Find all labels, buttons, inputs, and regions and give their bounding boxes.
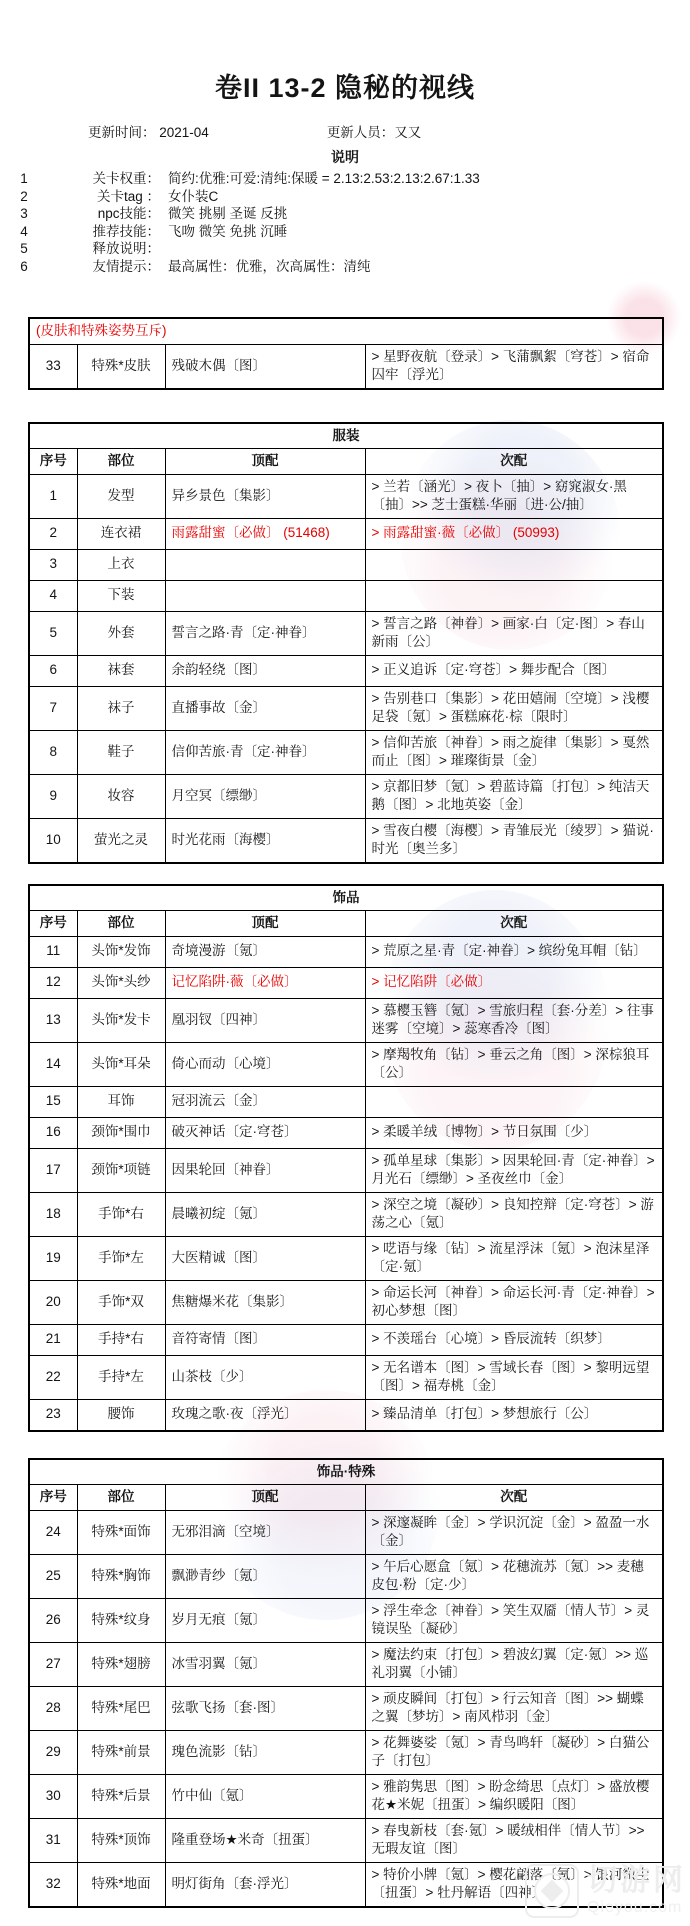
row-number: 29: [29, 1730, 77, 1774]
row-number: 2: [29, 518, 77, 549]
table-row: 17颈饰*项链因果轮回〔神眷〕> 孤单星球〔集影〕> 因果轮回·青〔定·神眷〕>…: [29, 1148, 663, 1192]
meta-line: 更新时间： 2021-04 更新人员：又又: [88, 121, 690, 141]
row-top-config: 隆重登场★米奇〔扭蛋〕: [165, 1818, 365, 1862]
row-number: 27: [29, 1642, 77, 1686]
row-next-config: > 雪夜白樱〔海樱〕> 青雏辰光〔绫罗〕> 猫说·时光〔奥兰多〕: [365, 818, 663, 863]
row-number: 7: [29, 686, 77, 730]
table-row: 6袜套余韵轻绕〔图〕> 正义追诉〔定·穹苍〕> 舞步配合〔图〕: [29, 655, 663, 686]
table-row: 23腰饰玫瑰之歌·夜〔浮光〕> 臻品清单〔打包〕> 梦想旅行〔公〕: [29, 1399, 663, 1431]
row-part: 袜子: [77, 686, 165, 730]
clothing-table-section: 服装序号部位顶配次配1发型异乡景色〔集影〕> 兰若〔涵光〕> 夜卜〔抽〕> 窈窕…: [28, 422, 664, 864]
row-number: 11: [29, 936, 77, 967]
row-next-config: > 魔法约束〔打包〕> 碧波幻翼〔定·氪〕>> 巡礼羽翼〔小铺〕: [365, 1642, 663, 1686]
row-next-config: > 告别巷口〔集影〕> 花田嬉闹〔空境〕> 浅樱足袋〔氪〕> 蛋糕麻花·棕〔限时…: [365, 686, 663, 730]
row-part: 特殊*前景: [77, 1730, 165, 1774]
table-row: 33特殊*皮肤残破木偶〔图〕> 星野夜航〔登录〕> 飞蒲飘絮〔穹苍〕> 宿命囚牢…: [29, 344, 663, 389]
note-label: 友情提示：: [48, 258, 160, 276]
row-number: 26: [29, 1598, 77, 1642]
row-next-config: > 不羡瑶台〔心境〕> 昏辰流转〔织梦〕: [365, 1324, 663, 1355]
table-header-row: 序号部位顶配次配: [29, 1485, 663, 1511]
note-item: 2 关卡tag ： 女仆装C: [0, 188, 690, 206]
row-next-config: > 星野夜航〔登录〕> 飞蒲飘絮〔穹苍〕> 宿命囚牢〔浮光〕: [365, 344, 663, 389]
table-row: 28特殊*尾巴弦歌飞扬〔套·图〕> 顽皮瞬间〔打包〕> 行云知音〔图〕>> 蝴蝶…: [29, 1686, 663, 1730]
row-next-config: > 雅韵隽思〔图〕> 盼念绮思〔点灯〕> 盛放樱花★米妮〔扭蛋〕> 编织暖阳〔图…: [365, 1774, 663, 1818]
row-part: 特殊*翅膀: [77, 1642, 165, 1686]
row-top-config: 瑰色流影〔钻〕: [165, 1730, 365, 1774]
row-top-config: 弦歌飞扬〔套·图〕: [165, 1686, 365, 1730]
row-top-config: 月空冥〔缥缈〕: [165, 774, 365, 818]
row-next-config: > 京都旧梦〔氪〕> 碧蓝诗篇〔打包〕> 纯洁天鹅〔图〕> 北地英姿〔金〕: [365, 774, 663, 818]
note-item: 5 释放说明：: [0, 240, 690, 258]
note-label: 关卡tag ：: [48, 188, 160, 206]
row-top-config: 因果轮回〔神眷〕: [165, 1148, 365, 1192]
note-number: 5: [0, 240, 48, 258]
table-skin: (皮肤和特殊姿势互斥)33特殊*皮肤残破木偶〔图〕> 星野夜航〔登录〕> 飞蒲飘…: [28, 317, 664, 390]
row-next-config: > 深空之境〔凝砂〕> 良知控辩〔定·穹苍〕> 游荡之心〔氪〕: [365, 1192, 663, 1236]
note-item: 3 npc技能： 微笑 挑剔 圣诞 反挑: [0, 205, 690, 223]
row-top-config: 竹中仙〔氪〕: [165, 1774, 365, 1818]
row-next-config: [365, 549, 663, 580]
table-row: 12头饰*头纱记忆陷阱·薇〔必做〕> 记忆陷阱〔必做〕: [29, 967, 663, 998]
update-time-label: 更新时间：: [88, 125, 156, 140]
table-row: 4下装: [29, 580, 663, 611]
accessories-table-section: 饰品序号部位顶配次配11头饰*发饰奇境漫游〔氪〕> 荒原之星·青〔定·神眷〕> …: [28, 884, 664, 1432]
row-part: 手饰*双: [77, 1280, 165, 1324]
note-value: 飞吻 微笑 免挑 沉睡: [168, 223, 287, 241]
row-part: 萤光之灵: [77, 818, 165, 863]
row-number: 17: [29, 1148, 77, 1192]
row-top-config: 时光花雨〔海樱〕: [165, 818, 365, 863]
row-part: 颈饰*围巾: [77, 1117, 165, 1148]
row-number: 21: [29, 1324, 77, 1355]
notes-heading: 说明: [0, 147, 690, 167]
note-label: 关卡权重：: [48, 170, 160, 188]
column-header: 次配: [365, 911, 663, 937]
row-next-config: > 正义追诉〔定·穹苍〕> 舞步配合〔图〕: [365, 655, 663, 686]
row-number: 13: [29, 998, 77, 1042]
table-accessories-special: 饰品·特殊序号部位顶配次配24特殊*面饰无邪泪滴〔空境〕> 深邃凝眸〔金〕> 学…: [28, 1458, 664, 1908]
column-header: 部位: [77, 1485, 165, 1511]
row-number: 33: [29, 344, 77, 389]
watermark-site-name: 切游网: [587, 1866, 686, 1896]
table-row: 13头饰*发卡凰羽钗〔四神〕> 慕樱玉簪〔氪〕> 雪旅归程〔套·分差〕> 往事迷…: [29, 998, 663, 1042]
table-row: 24特殊*面饰无邪泪滴〔空境〕> 深邃凝眸〔金〕> 学识沉淀〔金〕> 盈盈一水〔…: [29, 1510, 663, 1554]
column-header: 部位: [77, 911, 165, 937]
row-top-config: 明灯街角〔套·浮光〕: [165, 1862, 365, 1907]
row-part: 发型: [77, 474, 165, 518]
row-number: 20: [29, 1280, 77, 1324]
row-top-config: 山茶枝〔少〕: [165, 1355, 365, 1399]
table-row: 19手饰*左大医精诚〔图〕> 呓语与缘〔钻〕> 流星浮沫〔氪〕> 泡沫星泽〔定·…: [29, 1236, 663, 1280]
table-row: 2连衣裙雨露甜蜜〔必做〕 (51468)> 雨露甜蜜·薇〔必做〕 (50993): [29, 518, 663, 549]
table-title: 饰品: [29, 885, 663, 911]
row-part: 妆容: [77, 774, 165, 818]
row-number: 28: [29, 1686, 77, 1730]
row-next-config: > 柔暖羊绒〔博物〕> 节日氛围〔少〕: [365, 1117, 663, 1148]
row-part: 手饰*右: [77, 1192, 165, 1236]
row-top-config: 残破木偶〔图〕: [165, 344, 365, 389]
note-value: 最高属性：优雅，次高属性：清纯: [168, 258, 371, 276]
row-number: 9: [29, 774, 77, 818]
row-number: 19: [29, 1236, 77, 1280]
row-number: 30: [29, 1774, 77, 1818]
row-top-config: 异乡景色〔集影〕: [165, 474, 365, 518]
qieyou-logo-icon: [525, 1864, 579, 1918]
column-header: 序号: [29, 911, 77, 937]
note-number: 4: [0, 223, 48, 241]
row-part: 下装: [77, 580, 165, 611]
update-time: 更新时间： 2021-04: [88, 121, 209, 141]
row-part: 耳饰: [77, 1086, 165, 1117]
table-title-row: 服装: [29, 423, 663, 449]
row-part: 上衣: [77, 549, 165, 580]
row-next-config: > 孤单星球〔集影〕> 因果轮回·青〔定·神眷〕> 月光石〔缥缈〕> 圣夜丝巾〔…: [365, 1148, 663, 1192]
row-number: 14: [29, 1042, 77, 1086]
row-number: 22: [29, 1355, 77, 1399]
row-next-config: > 摩羯牧角〔钻〕> 垂云之角〔图〕> 深棕狼耳〔公〕: [365, 1042, 663, 1086]
row-next-config: > 顽皮瞬间〔打包〕> 行云知音〔图〕>> 蝴蝶之翼〔梦坊〕> 南风栉羽〔金〕: [365, 1686, 663, 1730]
row-top-config: [165, 580, 365, 611]
table-header-row: 序号部位顶配次配: [29, 911, 663, 937]
row-top-config: 飘渺青纱〔氪〕: [165, 1554, 365, 1598]
note-item: 1 关卡权重： 简约:优雅:可爱:清纯:保暖 = 2.13:2.53:2.13:…: [0, 170, 690, 188]
row-number: 25: [29, 1554, 77, 1598]
note-value: 微笑 挑剔 圣诞 反挑: [168, 205, 287, 223]
row-part: 特殊*尾巴: [77, 1686, 165, 1730]
row-top-config: 岁月无痕〔氪〕: [165, 1598, 365, 1642]
row-next-config: > 信仰苦旅〔神眷〕> 雨之旋律〔集影〕> 戛然而止〔图〕> 璀璨街景〔金〕: [365, 730, 663, 774]
note-value: 女仆装C: [168, 188, 218, 206]
row-number: 24: [29, 1510, 77, 1554]
row-part: 鞋子: [77, 730, 165, 774]
row-part: 特殊*皮肤: [77, 344, 165, 389]
table-row: 7袜子直播事故〔金〕> 告别巷口〔集影〕> 花田嬉闹〔空境〕> 浅樱足袋〔氪〕>…: [29, 686, 663, 730]
column-header: 序号: [29, 449, 77, 475]
note-number: 6: [0, 258, 48, 276]
table-clothing: 服装序号部位顶配次配1发型异乡景色〔集影〕> 兰若〔涵光〕> 夜卜〔抽〕> 窈窕…: [28, 422, 664, 864]
row-number: 3: [29, 549, 77, 580]
updater-label: 更新人员：: [327, 125, 395, 140]
row-next-config: > 誓言之路〔神眷〕> 画家·白〔定·图〕> 春山新雨〔公〕: [365, 611, 663, 655]
row-top-config: 奇境漫游〔氪〕: [165, 936, 365, 967]
row-part: 特殊*地面: [77, 1862, 165, 1907]
table-row: 15耳饰冠羽流云〔金〕: [29, 1086, 663, 1117]
table-title: 服装: [29, 423, 663, 449]
row-part: 腰饰: [77, 1399, 165, 1431]
row-number: 12: [29, 967, 77, 998]
row-next-config: [365, 1086, 663, 1117]
row-number: 5: [29, 611, 77, 655]
column-header: 顶配: [165, 911, 365, 937]
table-row: 16颈饰*围巾破灭神话〔定·穹苍〕> 柔暖羊绒〔博物〕> 节日氛围〔少〕: [29, 1117, 663, 1148]
table-title-row: 饰品·特殊: [29, 1459, 663, 1485]
row-number: 15: [29, 1086, 77, 1117]
table-header-row: 序号部位顶配次配: [29, 449, 663, 475]
row-next-config: > 命运长河〔神眷〕> 命运长河·青〔定·神眷〕> 初心梦想〔图〕: [365, 1280, 663, 1324]
row-part: 头饰*发饰: [77, 936, 165, 967]
row-next-config: > 臻品清单〔打包〕> 梦想旅行〔公〕: [365, 1399, 663, 1431]
row-number: 6: [29, 655, 77, 686]
note-number: 3: [0, 205, 48, 223]
column-header: 次配: [365, 1485, 663, 1511]
column-header: 顶配: [165, 449, 365, 475]
table-row: 11头饰*发饰奇境漫游〔氪〕> 荒原之星·青〔定·神眷〕> 缤纷兔耳帽〔钻〕: [29, 936, 663, 967]
row-number: 31: [29, 1818, 77, 1862]
exclusion-note: (皮肤和特殊姿势互斥): [29, 318, 663, 344]
row-next-config: > 慕樱玉簪〔氪〕> 雪旅归程〔套·分差〕> 往事迷雾〔空境〕> 蕊寒香冷〔图〕: [365, 998, 663, 1042]
column-header: 顶配: [165, 1485, 365, 1511]
row-top-config: 焦糖爆米花〔集影〕: [165, 1280, 365, 1324]
table-row: 27特殊*翅膀冰雪羽翼〔氪〕> 魔法约束〔打包〕> 碧波幻翼〔定·氪〕>> 巡礼…: [29, 1642, 663, 1686]
row-number: 10: [29, 818, 77, 863]
watermark-site-domain: Qieyou.com: [587, 1900, 686, 1916]
guide-page: 卷II 13-2 隐秘的视线 更新时间： 2021-04 更新人员：又又 说明 …: [0, 0, 690, 1926]
updater-value: 又又: [394, 125, 421, 140]
row-number: 1: [29, 474, 77, 518]
row-part: 外套: [77, 611, 165, 655]
note-label: 释放说明：: [48, 240, 160, 258]
row-number: 4: [29, 580, 77, 611]
row-next-config: > 兰若〔涵光〕> 夜卜〔抽〕> 窈窕淑女·黑〔抽〕>> 芝士蛋糕·华丽〔进·公…: [365, 474, 663, 518]
row-part: 袜套: [77, 655, 165, 686]
row-next-config: > 雨露甜蜜·薇〔必做〕 (50993): [365, 518, 663, 549]
notes-list: 1 关卡权重： 简约:优雅:可爱:清纯:保暖 = 2.13:2.53:2.13:…: [0, 170, 690, 275]
row-top-config: 无邪泪滴〔空境〕: [165, 1510, 365, 1554]
table-row: 18手饰*右晨曦初绽〔氪〕> 深空之境〔凝砂〕> 良知控辩〔定·穹苍〕> 游荡之…: [29, 1192, 663, 1236]
row-number: 8: [29, 730, 77, 774]
row-number: 32: [29, 1862, 77, 1907]
row-top-config: 凰羽钗〔四神〕: [165, 998, 365, 1042]
note-label: 推荐技能：: [48, 223, 160, 241]
row-top-config: 冰雪羽翼〔氪〕: [165, 1642, 365, 1686]
column-header: 部位: [77, 449, 165, 475]
row-part: 特殊*后景: [77, 1774, 165, 1818]
update-time-value: 2021-04: [159, 125, 209, 140]
table-row: 9妆容月空冥〔缥缈〕> 京都旧梦〔氪〕> 碧蓝诗篇〔打包〕> 纯洁天鹅〔图〕> …: [29, 774, 663, 818]
note-number: 2: [0, 188, 48, 206]
note-item: 6 友情提示： 最高属性：优雅，次高属性：清纯: [0, 258, 690, 276]
row-next-config: > 午后心愿盒〔氪〕> 花穗流苏〔氪〕>> 麦穗皮包·粉〔定·少〕: [365, 1554, 663, 1598]
row-part: 特殊*顶饰: [77, 1818, 165, 1862]
row-top-config: 直播事故〔金〕: [165, 686, 365, 730]
row-part: 特殊*面饰: [77, 1510, 165, 1554]
row-top-config: [165, 549, 365, 580]
row-next-config: > 无名谱本〔图〕> 雪域长春〔图〕> 黎明远望〔图〕> 福寿桃〔金〕: [365, 1355, 663, 1399]
table-note-row: (皮肤和特殊姿势互斥): [29, 318, 663, 344]
row-number: 16: [29, 1117, 77, 1148]
row-next-config: [365, 580, 663, 611]
row-next-config: > 花舞婆娑〔氪〕> 青鸟鸣轩〔凝砂〕> 白猫公子〔打包〕: [365, 1730, 663, 1774]
table-accessories: 饰品序号部位顶配次配11头饰*发饰奇境漫游〔氪〕> 荒原之星·青〔定·神眷〕> …: [28, 884, 664, 1432]
table-row: 21手持*右音符寄情〔图〕> 不羡瑶台〔心境〕> 昏辰流转〔织梦〕: [29, 1324, 663, 1355]
table-row: 8鞋子信仰苦旅·青〔定·神眷〕> 信仰苦旅〔神眷〕> 雨之旋律〔集影〕> 戛然而…: [29, 730, 663, 774]
table-row: 26特殊*纹身岁月无痕〔氪〕> 浮生牵念〔神眷〕> 笑生双靥〔情人节〕> 灵镜误…: [29, 1598, 663, 1642]
row-next-config: > 荒原之星·青〔定·神眷〕> 缤纷兔耳帽〔钻〕: [365, 936, 663, 967]
row-top-config: 晨曦初绽〔氪〕: [165, 1192, 365, 1236]
column-header: 序号: [29, 1485, 77, 1511]
table-row: 31特殊*顶饰隆重登场★米奇〔扭蛋〕> 春曳新枝〔套·氪〕> 暖绒相伴〔情人节〕…: [29, 1818, 663, 1862]
table-row: 30特殊*后景竹中仙〔氪〕> 雅韵隽思〔图〕> 盼念绮思〔点灯〕> 盛放樱花★米…: [29, 1774, 663, 1818]
row-next-config: > 浮生牵念〔神眷〕> 笑生双靥〔情人节〕> 灵镜误坠〔凝砂〕: [365, 1598, 663, 1642]
qieyou-watermark: 切游网 Qieyou.com: [525, 1864, 686, 1918]
row-top-config: 倚心而动〔心境〕: [165, 1042, 365, 1086]
table-row: 1发型异乡景色〔集影〕> 兰若〔涵光〕> 夜卜〔抽〕> 窈窕淑女·黑〔抽〕>> …: [29, 474, 663, 518]
updater: 更新人员：又又: [327, 121, 422, 141]
note-value: 简约:优雅:可爱:清纯:保暖 = 2.13:2.53:2.13:2.67:1.3…: [168, 170, 480, 188]
accessories-special-table-section: 饰品·特殊序号部位顶配次配24特殊*面饰无邪泪滴〔空境〕> 深邃凝眸〔金〕> 学…: [28, 1458, 664, 1908]
row-part: 头饰*头纱: [77, 967, 165, 998]
table-title: 饰品·特殊: [29, 1459, 663, 1485]
table-row: 14头饰*耳朵倚心而动〔心境〕> 摩羯牧角〔钻〕> 垂云之角〔图〕> 深棕狼耳〔…: [29, 1042, 663, 1086]
table-row: 20手饰*双焦糖爆米花〔集影〕> 命运长河〔神眷〕> 命运长河·青〔定·神眷〕>…: [29, 1280, 663, 1324]
row-part: 特殊*胸饰: [77, 1554, 165, 1598]
row-next-config: > 呓语与缘〔钻〕> 流星浮沫〔氪〕> 泡沫星泽〔定·氪〕: [365, 1236, 663, 1280]
note-item: 4 推荐技能： 飞吻 微笑 免挑 沉睡: [0, 223, 690, 241]
row-next-config: > 春曳新枝〔套·氪〕> 暖绒相伴〔情人节〕>> 无瑕友谊〔图〕: [365, 1818, 663, 1862]
row-part: 手持*左: [77, 1355, 165, 1399]
table-title-row: 饰品: [29, 885, 663, 911]
row-number: 23: [29, 1399, 77, 1431]
note-label: npc技能：: [48, 205, 160, 223]
row-next-config: > 深邃凝眸〔金〕> 学识沉淀〔金〕> 盈盈一水〔金〕: [365, 1510, 663, 1554]
row-top-config: 音符寄情〔图〕: [165, 1324, 365, 1355]
row-top-config: 记忆陷阱·薇〔必做〕: [165, 967, 365, 998]
row-part: 连衣裙: [77, 518, 165, 549]
row-top-config: 破灭神话〔定·穹苍〕: [165, 1117, 365, 1148]
row-top-config: 余韵轻绕〔图〕: [165, 655, 365, 686]
table-row: 22手持*左山茶枝〔少〕> 无名谱本〔图〕> 雪域长春〔图〕> 黎明远望〔图〕>…: [29, 1355, 663, 1399]
row-part: 手持*右: [77, 1324, 165, 1355]
row-part: 手饰*左: [77, 1236, 165, 1280]
row-top-config: 誓言之路·青〔定·神眷〕: [165, 611, 365, 655]
row-top-config: 玫瑰之歌·夜〔浮光〕: [165, 1399, 365, 1431]
column-header: 次配: [365, 449, 663, 475]
row-part: 特殊*纹身: [77, 1598, 165, 1642]
row-part: 头饰*耳朵: [77, 1042, 165, 1086]
table-row: 5外套誓言之路·青〔定·神眷〕> 誓言之路〔神眷〕> 画家·白〔定·图〕> 春山…: [29, 611, 663, 655]
table-row: 29特殊*前景瑰色流影〔钻〕> 花舞婆娑〔氪〕> 青鸟鸣轩〔凝砂〕> 白猫公子〔…: [29, 1730, 663, 1774]
row-top-config: 大医精诚〔图〕: [165, 1236, 365, 1280]
row-number: 18: [29, 1192, 77, 1236]
row-top-config: 信仰苦旅·青〔定·神眷〕: [165, 730, 365, 774]
note-number: 1: [0, 170, 48, 188]
row-part: 头饰*发卡: [77, 998, 165, 1042]
row-top-config: 雨露甜蜜〔必做〕 (51468): [165, 518, 365, 549]
row-top-config: 冠羽流云〔金〕: [165, 1086, 365, 1117]
table-row: 10萤光之灵时光花雨〔海樱〕> 雪夜白樱〔海樱〕> 青雏辰光〔绫罗〕> 猫说·时…: [29, 818, 663, 863]
table-row: 3上衣: [29, 549, 663, 580]
page-title: 卷II 13-2 隐秘的视线: [0, 66, 690, 105]
row-next-config: > 记忆陷阱〔必做〕: [365, 967, 663, 998]
skin-table-section: (皮肤和特殊姿势互斥)33特殊*皮肤残破木偶〔图〕> 星野夜航〔登录〕> 飞蒲飘…: [28, 317, 664, 390]
row-part: 颈饰*项链: [77, 1148, 165, 1192]
table-row: 25特殊*胸饰飘渺青纱〔氪〕> 午后心愿盒〔氪〕> 花穗流苏〔氪〕>> 麦穗皮包…: [29, 1554, 663, 1598]
